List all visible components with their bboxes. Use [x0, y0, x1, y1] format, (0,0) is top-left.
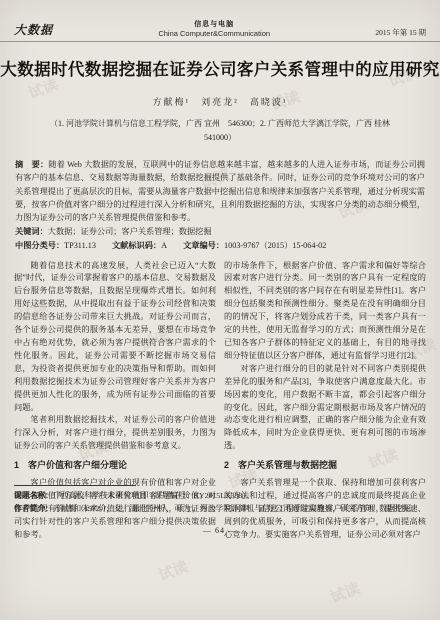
front-matter: 摘 要：随着 Web 大数据的发展，互联网中的证券信息越来越丰富，越来越多的人进… — [15, 158, 425, 252]
article-id-value: 1003-9767（2015）15-064-02 — [224, 241, 326, 250]
authors-line: 方献梅¹ 刘亮龙² 高晓波¹ — [0, 95, 440, 108]
journal-name-block: 信息与电脑 China Computer&Communication — [158, 20, 270, 38]
section-heading-2: 2 客户关系管理与数据挖掘 — [224, 459, 426, 472]
footnote-author-text: 方献梅（1972-），女，湖北荆州人，硕士，河池学院计算机与信息工程学院副教授，… — [53, 504, 418, 513]
paragraph: 随着信息技术的高速发展，人类社会已迈入“大数据”时代，证券公司掌握着客户的基本信… — [14, 260, 216, 415]
journal-header: 大数据 信息与电脑 China Computer&Communication 2… — [0, 0, 440, 42]
page-content: 大数据 信息与电脑 China Computer&Communication 2… — [0, 0, 440, 542]
footnote: 课题名称：广西高校科学技术研究项目（课题编号：KY2015LX338）。 作者简… — [14, 485, 426, 515]
abstract-text: 随着 Web 大数据的发展，互联网中的证券信息越来越丰富，越来越多的人进入证券市… — [15, 160, 425, 222]
clc-label: 中图分类号： — [15, 241, 64, 250]
scanned-paper-page: 试读 试读 试读 试读 试读 试读 试读 试读 试读 试读 试读 试读 试读 试… — [0, 0, 440, 620]
keywords-text: 大数据；证券公司；客户关系管理；数据挖掘 — [48, 227, 212, 236]
watermark-text: 试读 — [155, 556, 190, 586]
paragraph: 笔者利用数据挖掘技术，对证券公司的客户价值进行深入分析，对客户进行细分，提供差别… — [14, 414, 216, 453]
meta-line: 中图分类号：TP311.13 文献标识码：A 文章编号：1003-9767（20… — [15, 239, 425, 252]
page-number: — 64 — — [0, 526, 440, 535]
abstract: 摘 要：随着 Web 大数据的发展，互联网中的证券信息越来越丰富，越来越多的人进… — [15, 158, 425, 224]
paragraph-continuation: 的市场条件下，根据客户价值、客户需求和偏好等综合因素对客户进行分类。同一类别的客… — [224, 260, 426, 363]
footnote-project-label: 课题名称： — [14, 491, 53, 500]
article-title: 大数据时代数据挖掘在证券公司客户关系管理中的应用研究 — [0, 56, 440, 80]
footnote-project: 课题名称：广西高校科学技术研究项目（课题编号：KY2015LX338）。 — [14, 490, 426, 503]
journal-name-en: China Computer&Communication — [158, 29, 270, 38]
watermark-text: 试读 — [327, 578, 362, 608]
paragraph: 对客户进行细分的目的就是针对不同客户类别提供差异化的服务和产品[3]，争取使客户… — [224, 363, 426, 453]
footnote-author-bio: 作者简介：方献梅（1972-），女，湖北荆州人，硕士，河池学院计算机与信息工程学… — [14, 503, 426, 516]
doc-code-label: 文献标识码： — [112, 241, 161, 250]
article-id-label: 文章编号： — [183, 241, 224, 250]
affiliation: （1. 河池学院计算机与信息工程学院，广西 宜州 546300；2. 广西师范大… — [0, 117, 440, 145]
footnote-project-text: 广西高校科学技术研究项目（课题编号：KY2015LX338）。 — [53, 491, 254, 500]
keywords-line: 关键词：大数据；证券公司；客户关系管理；数据挖掘 — [15, 225, 425, 238]
affiliation-line-2: 541000） — [0, 131, 440, 145]
journal-column-tag: 大数据 — [14, 21, 53, 38]
journal-issue: 2015 年第 15 期 — [375, 27, 426, 38]
doc-code-value: A — [161, 241, 167, 250]
abstract-label: 摘 要： — [15, 160, 48, 169]
keywords-label: 关键词： — [15, 227, 48, 236]
section-heading-1: 1 客户价值和客户细分理论 — [14, 459, 216, 472]
journal-name-cn: 信息与电脑 — [158, 20, 270, 29]
clc-value: TP311.13 — [64, 241, 96, 250]
footnote-separator — [14, 485, 136, 486]
footnote-author-label: 作者简介： — [14, 504, 53, 513]
affiliation-line-1: （1. 河池学院计算机与信息工程学院，广西 宜州 546300；2. 广西师范大… — [0, 117, 440, 131]
